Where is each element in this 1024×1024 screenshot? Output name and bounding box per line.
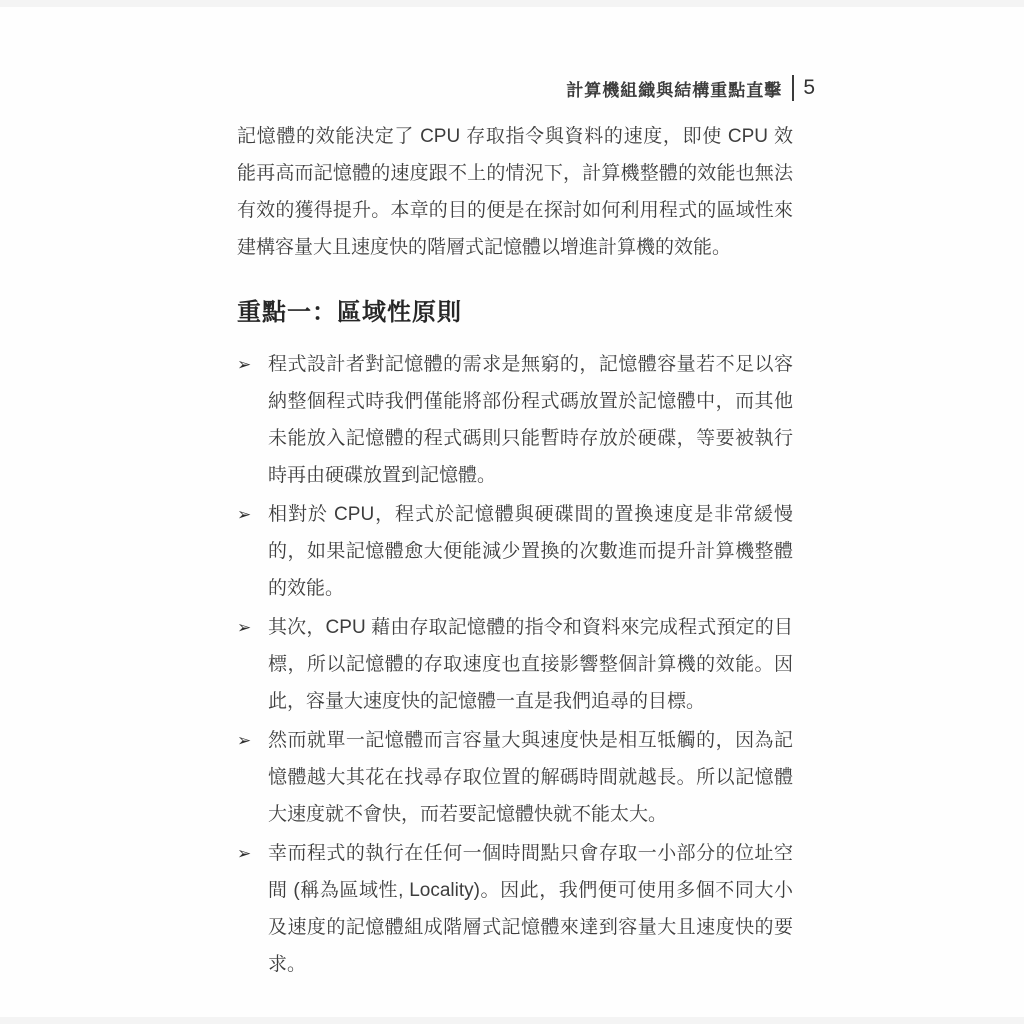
book-title: 計算機組織與結構重點直擊 — [566, 76, 782, 101]
page-bottom-edge — [0, 1017, 1024, 1024]
list-item: ➢ 然而就單一記憶體而言容量大與速度快是相互牴觸的，因為記憶體越大其花在找尋存取… — [237, 722, 793, 833]
list-item: ➢ 相對於 CPU，程式於記憶體與硬碟間的置換速度是非常緩慢的，如果記憶體愈大便… — [237, 496, 793, 607]
book-page: 計算機組織與結構重點直擊 5 記憶體的效能決定了 CPU 存取指令與資料的速度，… — [0, 0, 1024, 1024]
page-content: 記憶體的效能決定了 CPU 存取指令與資料的速度，即使 CPU 效能再高而記憶體… — [237, 118, 793, 985]
list-item: ➢ 其次，CPU 藉由存取記憶體的指令和資料來完成程式預定的目標，所以記憶體的存… — [237, 609, 793, 720]
arrow-bullet-icon: ➢ — [237, 609, 251, 646]
list-item: ➢ 程式設計者對記憶體的需求是無窮的，記憶體容量若不足以容納整個程式時我們僅能將… — [237, 346, 793, 494]
arrow-bullet-icon: ➢ — [237, 496, 251, 533]
intro-paragraph: 記憶體的效能決定了 CPU 存取指令與資料的速度，即使 CPU 效能再高而記憶體… — [237, 118, 793, 266]
list-item-text: 然而就單一記憶體而言容量大與速度快是相互牴觸的，因為記憶體越大其花在找尋存取位置… — [268, 730, 793, 825]
arrow-bullet-icon: ➢ — [237, 346, 251, 383]
list-item-text: 程式設計者對記憶體的需求是無窮的，記憶體容量若不足以容納整個程式時我們僅能將部份… — [268, 354, 793, 486]
running-header: 計算機組織與結構重點直擊 5 — [0, 72, 815, 104]
bullet-list: ➢ 程式設計者對記憶體的需求是無窮的，記憶體容量若不足以容納整個程式時我們僅能將… — [237, 346, 793, 983]
arrow-bullet-icon: ➢ — [237, 835, 251, 872]
list-item-text: 幸而程式的執行在任何一個時間點只會存取一小部分的位址空間 (稱為區域性, Loc… — [268, 843, 793, 975]
section-heading: 重點一：區域性原則 — [237, 297, 793, 329]
header-divider — [792, 75, 794, 101]
list-item-text: 其次，CPU 藉由存取記憶體的指令和資料來完成程式預定的目標，所以記憶體的存取速… — [268, 617, 793, 712]
list-item-text: 相對於 CPU，程式於記憶體與硬碟間的置換速度是非常緩慢的，如果記憶體愈大便能減… — [268, 504, 793, 599]
page-top-edge — [0, 0, 1024, 7]
list-item: ➢ 幸而程式的執行在任何一個時間點只會存取一小部分的位址空間 (稱為區域性, L… — [237, 835, 793, 983]
page-number: 5 — [803, 76, 815, 100]
arrow-bullet-icon: ➢ — [237, 722, 251, 759]
